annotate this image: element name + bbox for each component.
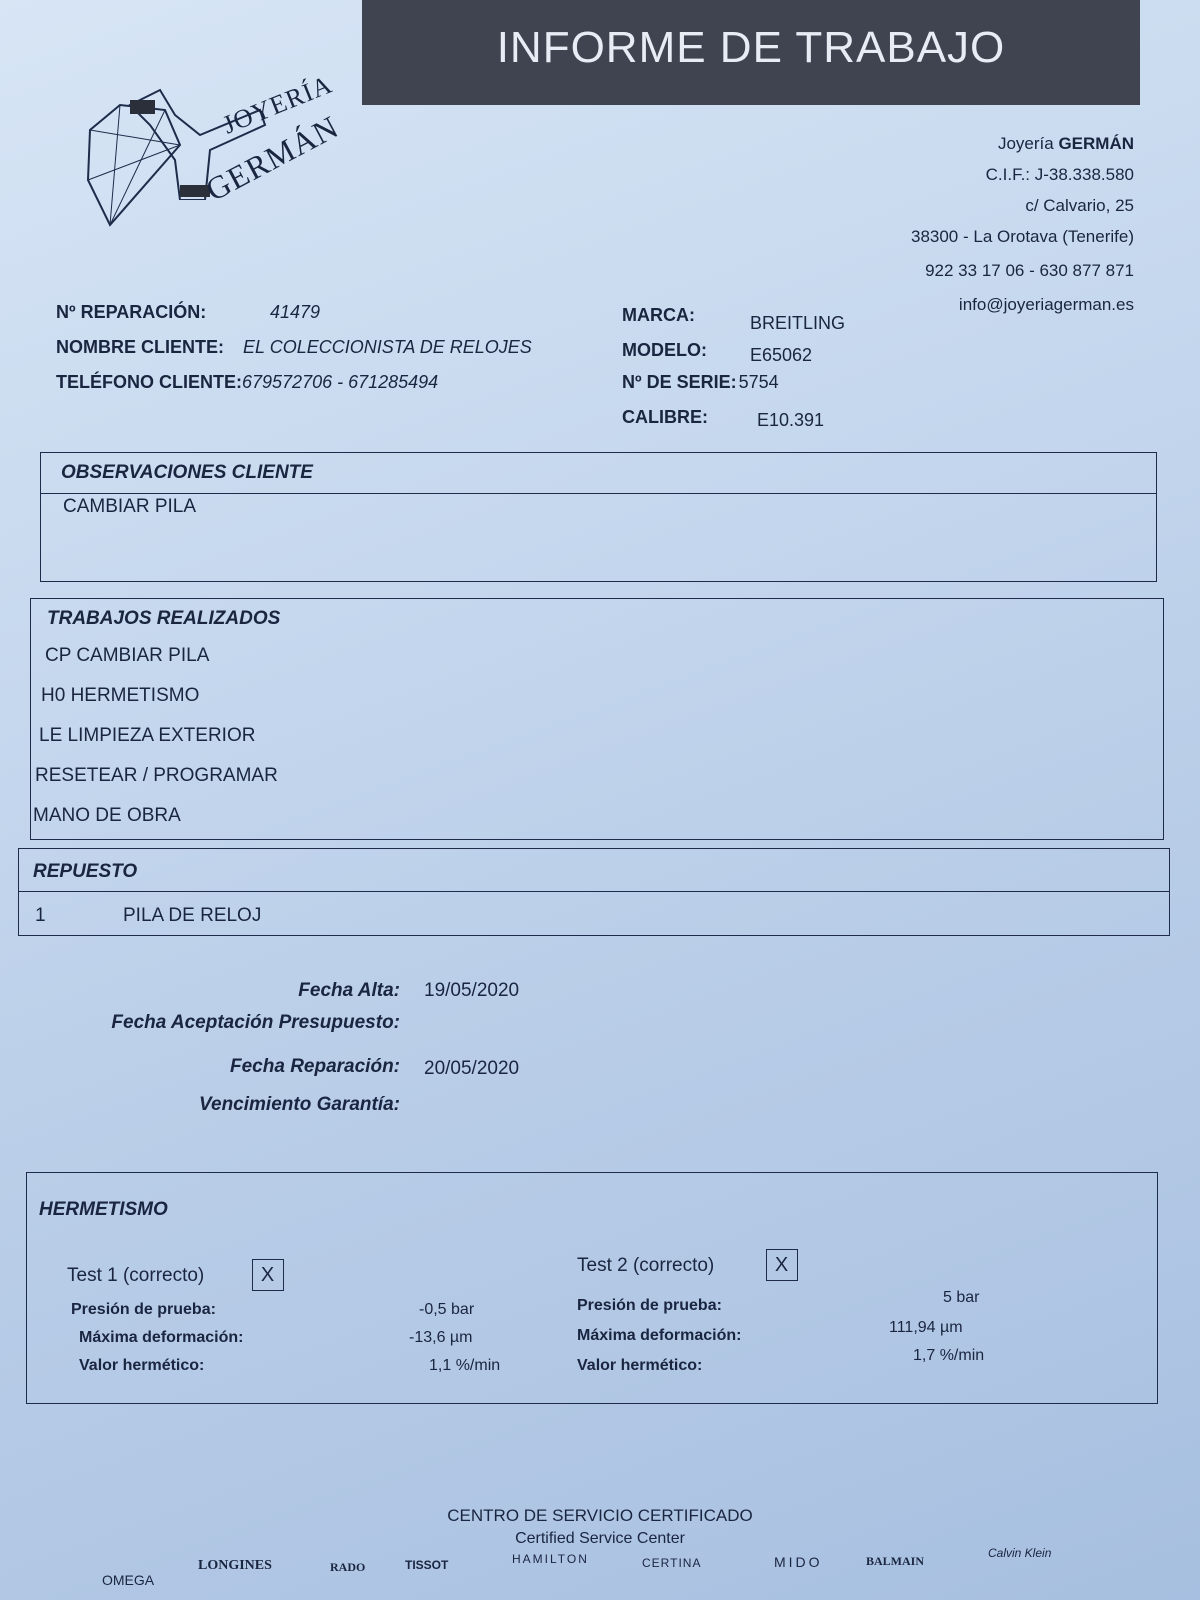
caliber-row: CALIBRE: E10.391 [622,407,708,428]
footer-line1: CENTRO DE SERVICIO CERTIFICADO [0,1506,1200,1526]
serial-row: Nº DE SERIE:5754 [622,372,779,393]
client-phone: 679572706 - 671285494 [242,372,438,392]
dates-section: Fecha Alta: 19/05/2020 Fecha Aceptación … [0,980,700,1120]
test2-deform: 111,94 µm [889,1319,963,1337]
test1-valor: 1,1 %/min [429,1357,500,1375]
company-name: Joyería GERMÁN [911,128,1134,159]
fecha-alta-label: Fecha Alta: [298,980,400,1002]
trabajo-item: LE LIMPIEZA EXTERIOR [39,725,255,747]
company-cif: C.I.F.: J-38.338.580 [911,159,1134,190]
test2-presion-label: Presión de prueba: [577,1297,722,1315]
brand-hamilton: HAMILTON [512,1552,589,1566]
client-phone-row: TELÉFONO CLIENTE:679572706 - 671285494 [56,372,438,393]
repuesto-heading: REPUESTO [33,861,137,883]
test2-presion: 5 bar [943,1289,979,1307]
trabajo-item: RESETEAR / PROGRAMAR [35,765,278,787]
test1-label: Test 1 (correcto) [67,1265,204,1286]
watch-serial: 5754 [739,372,779,392]
repuesto-qty: 1 [35,905,46,927]
fecha-reparacion: 20/05/2020 [424,1058,519,1080]
fecha-reparacion-label: Fecha Reparación: [230,1056,400,1078]
hermetismo-heading: HERMETISMO [39,1199,168,1221]
client-name-row: NOMBRE CLIENTE: EL COLECCIONISTA DE RELO… [56,337,532,358]
test2-deform-label: Máxima deformación: [577,1327,741,1345]
test1-presion: -0,5 bar [419,1301,474,1319]
company-logo: JOYERÍA GERMÁN [70,40,330,230]
brand-row: MARCA: BREITLING [622,305,695,326]
repuesto-item: PILA DE RELOJ [123,905,261,927]
vencimiento-garantia-label: Vencimiento Garantía: [199,1094,400,1116]
company-info: Joyería GERMÁN C.I.F.: J-38.338.580 c/ C… [911,128,1134,320]
test1: Test 1 (correcto) X [67,1259,284,1291]
fecha-alta: 19/05/2020 [424,980,519,1002]
brand-mido: MIDO [774,1554,823,1570]
trabajo-item: CP CAMBIAR PILA [45,645,209,667]
repair-number-row: Nº REPARACIÓN: 41479 [56,302,206,323]
fecha-aceptacion-label: Fecha Aceptación Presupuesto: [111,1012,400,1034]
test2: Test 2 (correcto) X [577,1249,798,1281]
observaciones-heading: OBSERVACIONES CLIENTE [61,462,313,484]
observaciones-box: OBSERVACIONES CLIENTE CAMBIAR PILA [40,452,1157,582]
hermetismo-box: HERMETISMO Test 1 (correcto) X Presión d… [26,1172,1158,1404]
test1-presion-label: Presión de prueba: [71,1301,216,1319]
brand-tissot: TISSOT [405,1558,448,1572]
company-phones: 922 33 17 06 - 630 877 871 [911,255,1134,286]
test2-valor-label: Valor hermético: [577,1357,702,1375]
trabajo-item: MANO DE OBRA [33,805,181,827]
company-city: 38300 - La Orotava (Tenerife) [911,221,1134,252]
repair-number: 41479 [270,302,320,323]
watch-brand: BREITLING [750,313,845,334]
brand-logos: OMEGA LONGINES RADO TISSOT HAMILTON CERT… [100,1546,1100,1596]
test2-checkbox: X [766,1249,798,1281]
page-title: INFORME DE TRABAJO [362,0,1140,105]
client-name: EL COLECCIONISTA DE RELOJES [243,337,532,357]
test1-checkbox: X [252,1259,284,1291]
test1-valor-label: Valor hermético: [79,1357,204,1375]
test2-valor: 1,7 %/min [913,1347,984,1365]
brand-rado: RADO [330,1560,365,1575]
trabajos-box: TRABAJOS REALIZADOS CP CAMBIAR PILA H0 H… [30,598,1164,840]
work-report-page: JOYERÍA GERMÁN INFORME DE TRABAJO Joyerí… [0,0,1200,1600]
brand-omega: OMEGA [102,1572,154,1588]
trabajos-heading: TRABAJOS REALIZADOS [47,608,280,630]
repuesto-box: REPUESTO 1 PILA DE RELOJ [18,848,1170,936]
test1-deform-label: Máxima deformación: [79,1329,243,1347]
observaciones-text: CAMBIAR PILA [63,496,196,518]
company-address: c/ Calvario, 25 [911,190,1134,221]
model-row: MODELO: E65062 [622,340,707,361]
test1-deform: -13,6 µm [409,1329,472,1347]
brand-calvin-klein: Calvin Klein [988,1546,1051,1560]
trabajo-item: H0 HERMETISMO [41,685,199,707]
watch-caliber: E10.391 [757,410,824,431]
watch-model: E65062 [750,345,812,366]
brand-certina: CERTINA [642,1556,701,1570]
test2-label: Test 2 (correcto) [577,1255,714,1276]
company-email: info@joyeriagerman.es [911,289,1134,320]
brand-balmain: BALMAIN [866,1554,924,1569]
brand-longines: LONGINES [198,1558,272,1574]
